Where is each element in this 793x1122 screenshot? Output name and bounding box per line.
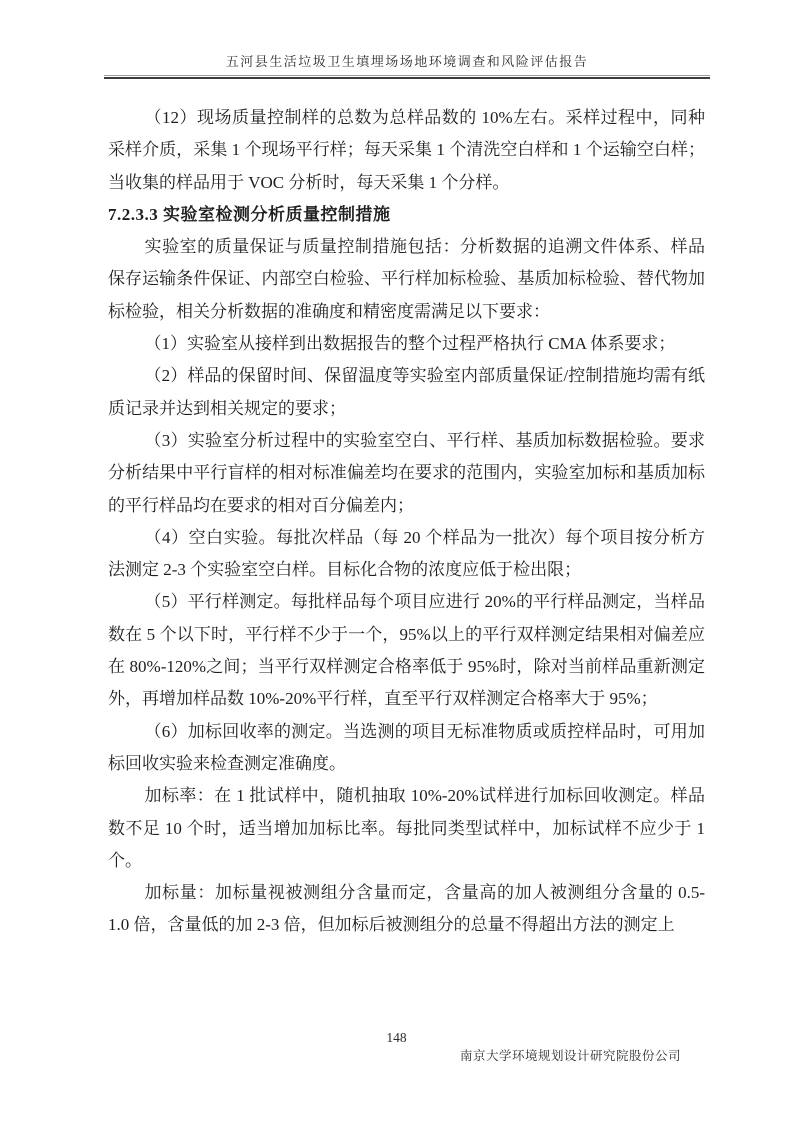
paragraph: 加标量：加标量视被测组分含量而定，含量高的加人被测组分含量的 0.5-1.0 倍… <box>108 877 705 942</box>
header-rule <box>104 75 710 79</box>
document-body: （12）现场质量控制样的总数为总样品数的 10%左右。采样过程中，同种采样介质，… <box>108 102 705 942</box>
paragraph: （2）样品的保留时间、保留温度等实验室内部质量保证/控制措施均需有纸质记录并达到… <box>108 360 705 425</box>
paragraph: （4）空白实验。每批次样品（每 20 个样品为一批次）每个项目按分析方法测定 2… <box>108 522 705 587</box>
page-number: 148 <box>0 1030 793 1046</box>
paragraph: （1）实验室从接样到出数据报告的整个过程严格执行 CMA 体系要求； <box>108 328 705 360</box>
paragraph: （6）加标回收率的测定。当选测的项目无标准物质或质控样品时，可用加标回收实验来检… <box>108 716 705 781</box>
paragraph: （5）平行样测定。每批样品每个项目应进行 20%的平行样品测定，当样品数在 5 … <box>108 586 705 715</box>
page-header: 五河县生活垃圾卫生填埋场场地环境调查和风险评估报告 <box>104 51 710 79</box>
document-page: 五河县生活垃圾卫生填埋场场地环境调查和风险评估报告 （12）现场质量控制样的总数… <box>0 0 793 1122</box>
report-title: 五河县生活垃圾卫生填埋场场地环境调查和风险评估报告 <box>104 51 710 70</box>
paragraph: （3）实验室分析过程中的实验室空白、平行样、基质加标数据检验。要求分析结果中平行… <box>108 425 705 522</box>
paragraph: （12）现场质量控制样的总数为总样品数的 10%左右。采样过程中，同种采样介质，… <box>108 102 705 199</box>
paragraph: 加标率：在 1 批试样中，随机抽取 10%-20%试样进行加标回收测定。样品数不… <box>108 780 705 877</box>
section-heading: 7.2.3.3 实验室检测分析质量控制措施 <box>108 199 705 231</box>
paragraph: 实验室的质量保证与质量控制措施包括：分析数据的追溯文件体系、样品保存运输条件保证… <box>108 231 705 328</box>
footer-company-name: 南京大学环境规划设计研究院股份公司 <box>460 1046 681 1064</box>
